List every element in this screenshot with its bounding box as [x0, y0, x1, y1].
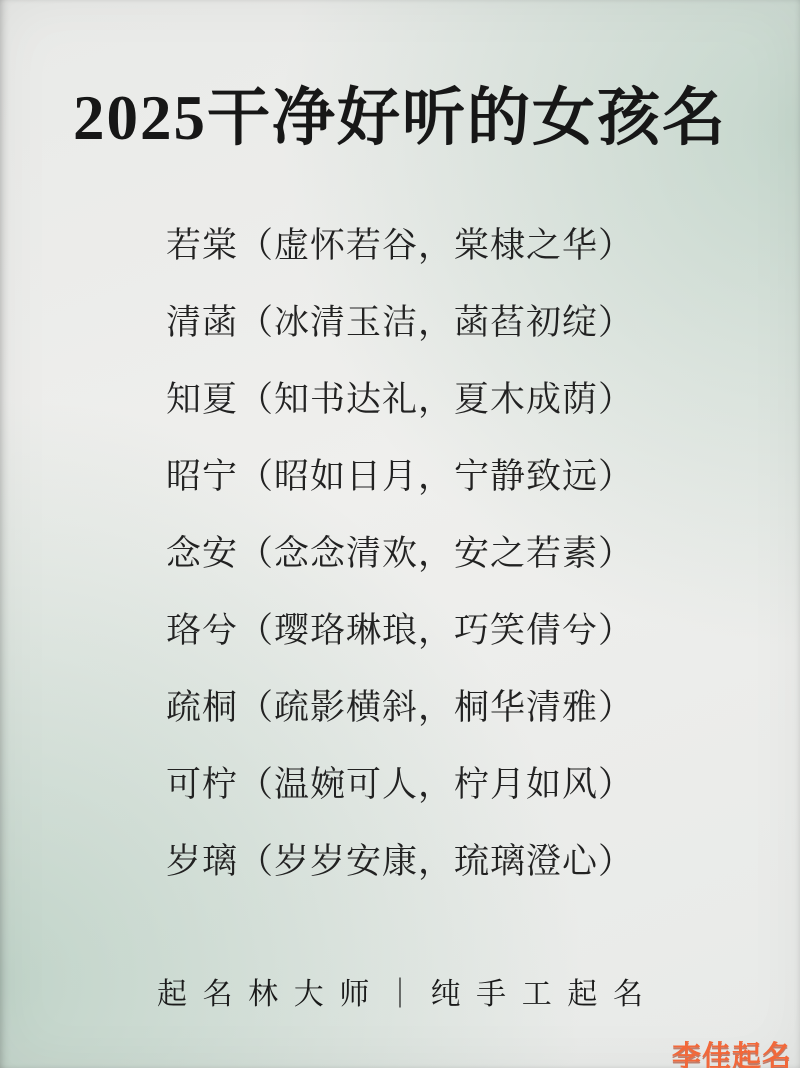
girl-name: 念安: [166, 526, 238, 576]
name-meaning: （温婉可人，柠月如风）: [238, 757, 634, 807]
name-meaning: （岁岁安康，琉璃澄心）: [238, 834, 634, 884]
list-item: 清菡（冰清玉洁，菡萏初绽）: [166, 281, 634, 358]
footer-byline: 起名林大师｜纯手工起名: [0, 972, 800, 1018]
page-title: 2025干净好听的女孩名: [0, 66, 800, 170]
list-item: 疏桐（疏影横斜，桐华清雅）: [166, 666, 634, 743]
girl-name: 可柠: [166, 757, 238, 807]
girl-name: 岁璃: [166, 834, 238, 884]
girl-name: 疏桐: [166, 680, 238, 730]
list-item: 昭宁（昭如日月，宁静致远）: [166, 435, 634, 512]
poster-card: 2025干净好听的女孩名 若棠（虚怀若谷，棠棣之华） 清菡（冰清玉洁，菡萏初绽）…: [0, 0, 800, 1068]
name-meaning: （璎珞琳琅，巧笑倩兮）: [238, 603, 634, 653]
girl-name: 知夏: [166, 372, 238, 422]
name-meaning: （知书达礼，夏木成荫）: [238, 372, 634, 422]
girl-name: 清菡: [166, 295, 238, 345]
list-item: 珞兮（璎珞琳琅，巧笑倩兮）: [166, 589, 634, 666]
watermark: 李佳起名: [672, 1034, 792, 1068]
list-item: 知夏（知书达礼，夏木成荫）: [166, 358, 634, 435]
name-meaning: （虚怀若谷，棠棣之华）: [238, 218, 634, 268]
name-meaning: （昭如日月，宁静致远）: [238, 449, 634, 499]
name-meaning: （念念清欢，安之若素）: [238, 526, 634, 576]
list-item: 念安（念念清欢，安之若素）: [166, 512, 634, 589]
list-item: 可柠（温婉可人，柠月如风）: [166, 743, 634, 820]
name-list: 若棠（虚怀若谷，棠棣之华） 清菡（冰清玉洁，菡萏初绽） 知夏（知书达礼，夏木成荫…: [0, 204, 800, 897]
list-item: 岁璃（岁岁安康，琉璃澄心）: [166, 820, 634, 897]
name-meaning: （冰清玉洁，菡萏初绽）: [238, 295, 634, 345]
girl-name: 昭宁: [166, 449, 238, 499]
list-item: 若棠（虚怀若谷，棠棣之华）: [166, 204, 634, 281]
girl-name: 若棠: [166, 218, 238, 268]
girl-name: 珞兮: [166, 603, 238, 653]
name-meaning: （疏影横斜，桐华清雅）: [238, 680, 634, 730]
